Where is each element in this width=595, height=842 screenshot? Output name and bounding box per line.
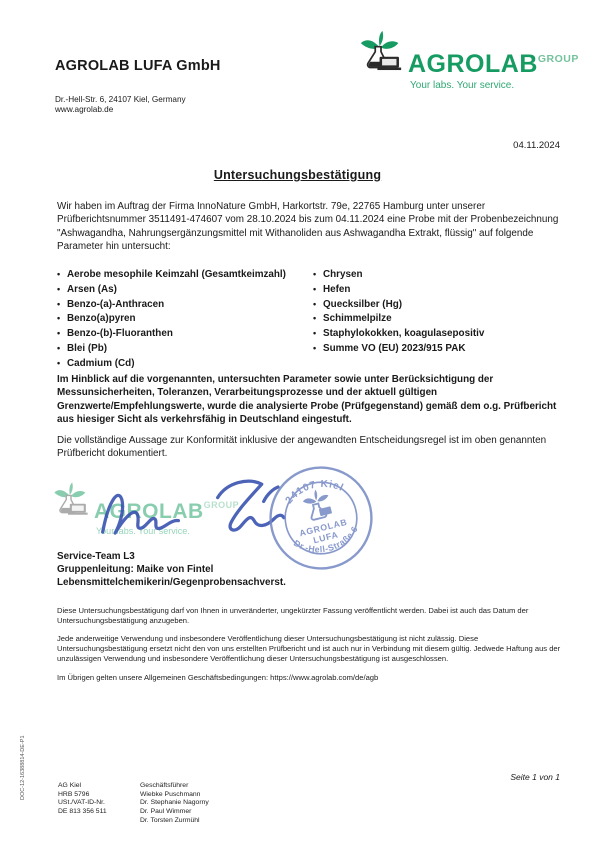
logo-tagline: Your labs. Your service.: [408, 80, 579, 91]
parameter-item: •Benzo-(b)-Fluoranthen: [57, 328, 313, 340]
footer-registry: AG Kiel HRB 5796 USt./VAT-ID-Nr. DE 813 …: [58, 782, 140, 825]
parameter-list-left: •Aerobe mesophile Keimzahl (Gesamtkeimza…: [57, 269, 313, 372]
address-line: Dr.-Hell-Str. 6, 24107 Kiel, Germany: [55, 95, 186, 105]
parameter-item: •Arsen (As): [57, 284, 313, 296]
logo-brand-text: AGROLAB: [408, 50, 538, 78]
parameter-item: •Benzo(a)pyren: [57, 313, 313, 325]
bullet-icon: •: [57, 269, 67, 281]
bullet-icon: •: [313, 343, 323, 355]
intro-paragraph: Wir haben im Auftrag der Firma InnoNatur…: [57, 200, 563, 254]
parameter-item: •Summe VO (EU) 2023/915 PAK: [313, 343, 563, 355]
parameter-item: •Blei (Pb): [57, 343, 313, 355]
parameter-item: •Cadmium (Cd): [57, 358, 313, 370]
bullet-icon: •: [57, 358, 67, 370]
document-code-vertical: DOC-12-16388814-DE-P1: [20, 735, 26, 800]
parameter-item: •Chrysen: [313, 269, 563, 281]
footer: AG Kiel HRB 5796 USt./VAT-ID-Nr. DE 813 …: [58, 782, 280, 825]
signatory-team: Service-Team L3: [57, 551, 286, 564]
signatory-role: Lebensmittelchemikerin/Gegenprobensachve…: [57, 577, 286, 590]
legal-notes: Diese Untersuchungsbestätigung darf von …: [57, 606, 565, 691]
plant-flask-laptop-icon: [52, 480, 90, 523]
bullet-icon: •: [313, 328, 323, 340]
legal-paragraph-1: Diese Untersuchungsbestätigung darf von …: [57, 606, 565, 625]
conclusion-paragraph: Im Hinblick auf die vorgenannten, unters…: [57, 373, 565, 427]
footer-management: Geschäftsführer Wiebke Puschmann Dr. Ste…: [140, 782, 280, 825]
signatory-block: Service-Team L3 Gruppenleitung: Maike vo…: [57, 551, 286, 590]
company-address: Dr.-Hell-Str. 6, 24107 Kiel, Germany www…: [55, 95, 186, 116]
parameter-item: •Aerobe mesophile Keimzahl (Gesamtkeimza…: [57, 269, 313, 281]
parameter-item: •Staphylokokken, koagulasepositiv: [313, 328, 563, 340]
company-name: AGROLAB LUFA GmbH: [55, 58, 221, 74]
parameter-item: •Hefen: [313, 284, 563, 296]
bullet-icon: •: [313, 313, 323, 325]
parameter-item: •Benzo-(a)-Anthracen: [57, 299, 313, 311]
page-title: Untersuchungsbestätigung: [0, 168, 595, 182]
management-label: Geschäftsführer: [140, 782, 280, 791]
logo-group-text: GROUP: [538, 53, 579, 65]
bullet-icon: •: [57, 328, 67, 340]
bullet-icon: •: [57, 284, 67, 296]
page-indicator: Seite 1 von 1: [510, 772, 560, 782]
document-date: 04.11.2024: [513, 140, 560, 151]
certificate-page: AGROLAB LUFA GmbH Dr.-Hell-Str. 6, 24107…: [0, 0, 595, 842]
agrolab-logo: AGROLABGROUP Your labs. Your service.: [358, 28, 568, 91]
legal-paragraph-3: Im Übrigen gelten unsere Allgemeinen Ges…: [57, 673, 565, 683]
bullet-icon: •: [57, 343, 67, 355]
bullet-icon: •: [313, 269, 323, 281]
bullet-icon: •: [313, 299, 323, 311]
bullet-icon: •: [57, 313, 67, 325]
conformity-note: Die vollständige Aussage zur Konformität…: [57, 434, 563, 461]
legal-paragraph-2: Jede anderweitige Verwendung und insbeso…: [57, 634, 565, 663]
signatory-lead: Gruppenleitung: Maike von Fintel: [57, 564, 286, 577]
parameter-item: •Quecksilber (Hg): [313, 299, 563, 311]
parameter-item: •Schimmelpilze: [313, 313, 563, 325]
bullet-icon: •: [57, 299, 67, 311]
bullet-icon: •: [313, 284, 323, 296]
parameter-lists: •Aerobe mesophile Keimzahl (Gesamtkeimza…: [57, 269, 563, 372]
plant-flask-laptop-icon: [358, 28, 404, 79]
parameter-list-right: •Chrysen •Hefen •Quecksilber (Hg) •Schim…: [313, 269, 563, 372]
company-website: www.agrolab.de: [55, 105, 186, 115]
